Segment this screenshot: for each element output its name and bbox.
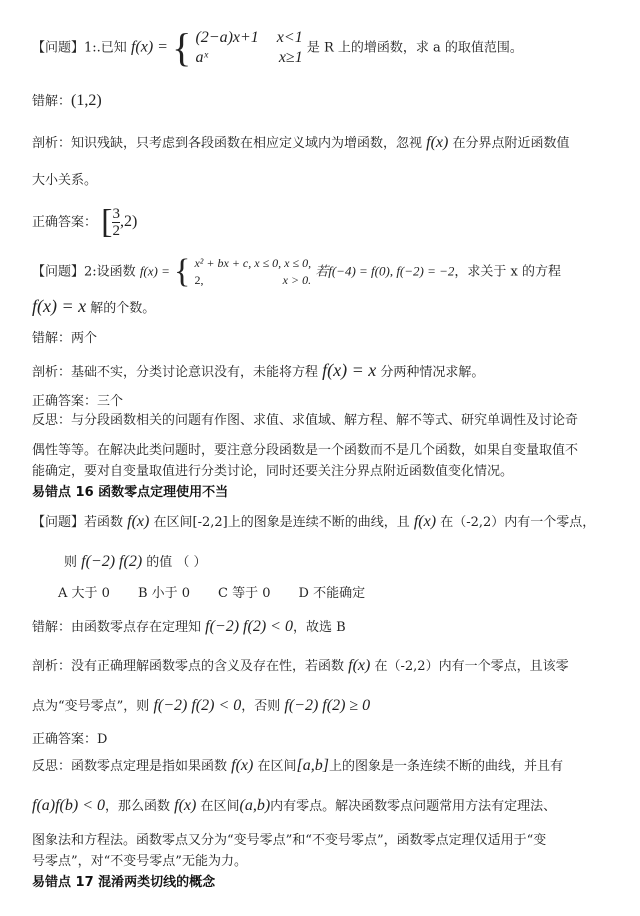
question-text: 【问题】若函数 [32, 515, 123, 530]
reflection-text: 在区间 [258, 759, 297, 774]
math-fx: f(x) [231, 757, 253, 774]
math-fx: f(x) [174, 797, 196, 814]
analysis-3: 剖析：没有正确理解函数零点的含义及存在性，若函数 f(x) 在（-2,2）内有一… [32, 657, 569, 676]
brace-icon: { [172, 25, 191, 70]
analysis-text: 剖析：基础不实，分类讨论意识没有，未能将方程 [32, 365, 318, 380]
problem-tag: 【问题】 [32, 265, 84, 280]
function-label: f(x) = [140, 264, 170, 279]
problem-tail: ，求关于 x 的方程 [454, 265, 561, 280]
equation: f(x) = x [32, 296, 86, 316]
denominator: 2 [112, 223, 120, 239]
math-fx: f(x) [127, 513, 149, 530]
wrong-value: (1,2) [71, 92, 102, 109]
question-text: 在（-2,2）内有一个零点， [440, 515, 595, 530]
reflection-2: 偶性等等。在解决此类问题时，要注意分段函数是一个函数而不是几个函数，如果自变量取… [32, 442, 578, 460]
analysis-text: 剖析：知识残缺，只考虑到各段函数在相应定义域内为增函数，忽视 [32, 136, 422, 151]
analysis-text: 在分界点附近函数值 [453, 136, 570, 151]
reflection-3: 号零点”，对“不变号零点”无能为力。 [32, 853, 247, 871]
math-expr: f(−2) f(2) < 0 [205, 618, 293, 635]
problem-2-cont: f(x) = x 解的个数。 [32, 297, 155, 318]
wrong-text: 错解：由函数零点存在定理知 [32, 620, 201, 635]
question-text: 的值 （ ） [146, 555, 206, 570]
reflection-text: 反思：函数零点定理是指如果函数 [32, 759, 227, 774]
equation: f(x) = x [322, 360, 376, 380]
wrong-text: 错解：两个 [32, 331, 97, 346]
answer-text: 正确答案：三个 [32, 394, 123, 409]
math-expr: f(a)f(b) < 0 [32, 797, 105, 814]
reflection-text: 图象法和方程法。函数零点又分为“变号零点”和“不变号零点”，函数零点定理仅适用于… [32, 833, 546, 848]
math-interval: [a,b] [297, 757, 329, 774]
reflection-3: 图象法和方程法。函数零点又分为“变号零点”和“不变号零点”，函数零点定理仅适用于… [32, 832, 546, 850]
case-1-expr: (2−a)x+1 [195, 28, 258, 48]
option-d: D 不能确定 [299, 585, 366, 603]
equation-tail: 解的个数。 [90, 301, 155, 316]
section-heading-16: 易错点 16 函数零点定理使用不当 [32, 484, 228, 502]
question-text: 在区间[-2,2]上的图象是连续不断的曲线，且 [154, 515, 410, 530]
problem-1-statement: 【问题】1:.已知 f(x) = { (2−a)x+1x<1 aˣx≥1 是 R… [32, 28, 523, 68]
wrong-solution-2: 错解：两个 [32, 330, 97, 348]
case-1-cond: x<1 [277, 28, 303, 48]
reflection-text: 能确定，要对自变量取值进行分类讨论，同时还要关注分界点附近函数值变化情况。 [32, 464, 513, 479]
analysis-3-cont: 点为“变号零点”，则 f(−2) f(2) < 0，否则 f(−2) f(2) … [32, 697, 370, 716]
piecewise-function: x² + bx + c, x ≤ 0, x ≤ 0, 2,x > 0. [194, 255, 311, 289]
option-b: B 小于 0 [138, 585, 190, 603]
case-1-expr: x² + bx + c, x ≤ 0, x ≤ 0, [194, 255, 311, 272]
reflection-2: 反思：与分段函数相关的问题有作图、求值、求值域、解方程、解不等式、研究单调性及讨… [32, 412, 578, 430]
answer-tail: ,2) [120, 213, 137, 230]
reflection-text: ，那么函数 [105, 799, 170, 814]
case-2-expr: aˣ [195, 48, 208, 68]
math-fx: f(x) [426, 134, 448, 151]
math-expr: f(−2) f(2) [81, 553, 142, 570]
problem-number: 2:设函数 [84, 265, 136, 280]
question-text: 则 [64, 555, 77, 570]
problem-2-statement: 【问题】2:设函数 f(x) = { x² + bx + c, x ≤ 0, x… [32, 252, 561, 292]
case-2-expr: 2, [194, 272, 203, 289]
answer-text: 正确答案：D [32, 732, 107, 747]
brace-icon: { [174, 253, 190, 290]
problem-number: 1:.已知 [84, 41, 127, 56]
analysis-text: ，否则 [241, 699, 280, 714]
problem-tag: 【问题】 [32, 41, 84, 56]
analysis-2: 剖析：基础不实，分类讨论意识没有，未能将方程 f(x) = x 分两种情况求解。 [32, 361, 484, 382]
problem-3-cont: 则 f(−2) f(2) 的值 （ ） [64, 553, 207, 572]
math-fx: f(x) [348, 657, 370, 674]
wrong-solution-3: 错解：由函数零点存在定理知 f(−2) f(2) < 0，故选 B [32, 618, 346, 637]
reflection-text: 偶性等等。在解决此类问题时，要注意分段函数是一个函数而不是几个函数，如果自变量取… [32, 443, 578, 458]
section-heading-17: 易错点 17 混淆两类切线的概念 [32, 874, 215, 892]
reflection-text: 号零点”，对“不变号零点”无能为力。 [32, 854, 247, 869]
options: A 大于 0 B 小于 0 C 等于 0 D 不能确定 [58, 585, 365, 603]
answer-1: 正确答案： [32,2) [32, 206, 137, 239]
piecewise-function: (2−a)x+1x<1 aˣx≥1 [195, 28, 302, 68]
analysis-1-cont: 大小关系。 [32, 172, 97, 190]
section-title: 易错点 17 混淆两类切线的概念 [32, 875, 215, 890]
analysis-text: 点为“变号零点”，则 [32, 699, 149, 714]
analysis-text: 大小关系。 [32, 173, 97, 188]
problem-tail: 是 R 上的增函数，求 a 的取值范围。 [307, 41, 523, 56]
analysis-text: 分两种情况求解。 [380, 365, 484, 380]
analysis-1: 剖析：知识残缺，只考虑到各段函数在相应定义域内为增函数，忽视 f(x) 在分界点… [32, 134, 570, 153]
problem-3-statement: 【问题】若函数 f(x) 在区间[-2,2]上的图象是连续不断的曲线，且 f(x… [32, 513, 595, 532]
reflection-3: f(a)f(b) < 0，那么函数 f(x) 在区间(a,b)内有零点。解决函数… [32, 797, 556, 816]
analysis-text: 剖析：没有正确理解函数零点的含义及存在性，若函数 [32, 659, 344, 674]
reflection-3: 反思：函数零点定理是指如果函数 f(x) 在区间[a,b]上的图象是一条连续不断… [32, 757, 563, 776]
answer-label: 正确答案： [32, 215, 97, 230]
math-fx: f(x) [414, 513, 436, 530]
reflection-2: 能确定，要对自变量取值进行分类讨论，同时还要关注分界点附近函数值变化情况。 [32, 463, 513, 481]
math-expr: f(−2) f(2) < 0 [153, 697, 241, 714]
wrong-solution-1: 错解：(1,2) [32, 92, 102, 111]
fraction: 32 [112, 206, 120, 239]
condition: 若f(−4) = f(0), f(−2) = −2 [315, 264, 454, 279]
reflection-text: 上的图象是一条连续不断的曲线，并且有 [329, 759, 563, 774]
case-2-cond: x > 0. [283, 272, 311, 289]
wrong-text: ，故选 B [293, 620, 346, 635]
section-title: 易错点 16 函数零点定理使用不当 [32, 485, 228, 500]
reflection-text: 在区间 [201, 799, 240, 814]
function-label: f(x) = [131, 39, 168, 56]
option-c: C 等于 0 [218, 585, 270, 603]
reflection-text: 反思：与分段函数相关的问题有作图、求值、求值域、解方程、解不等式、研究单调性及讨… [32, 413, 578, 428]
option-a: A 大于 0 [58, 585, 110, 603]
reflection-text: 内有零点。解决函数零点问题常用方法有定理法、 [270, 799, 556, 814]
analysis-text: 在（-2,2）内有一个零点，且该零 [375, 659, 569, 674]
left-bracket-icon: [ [101, 204, 112, 241]
case-2-cond: x≥1 [279, 48, 303, 68]
numerator: 3 [112, 206, 120, 223]
math-interval: (a,b) [240, 797, 271, 814]
answer-3: 正确答案：D [32, 731, 107, 749]
wrong-label: 错解： [32, 94, 71, 109]
answer-2: 正确答案：三个 [32, 393, 123, 411]
math-expr: f(−2) f(2) ≥ 0 [284, 697, 370, 714]
